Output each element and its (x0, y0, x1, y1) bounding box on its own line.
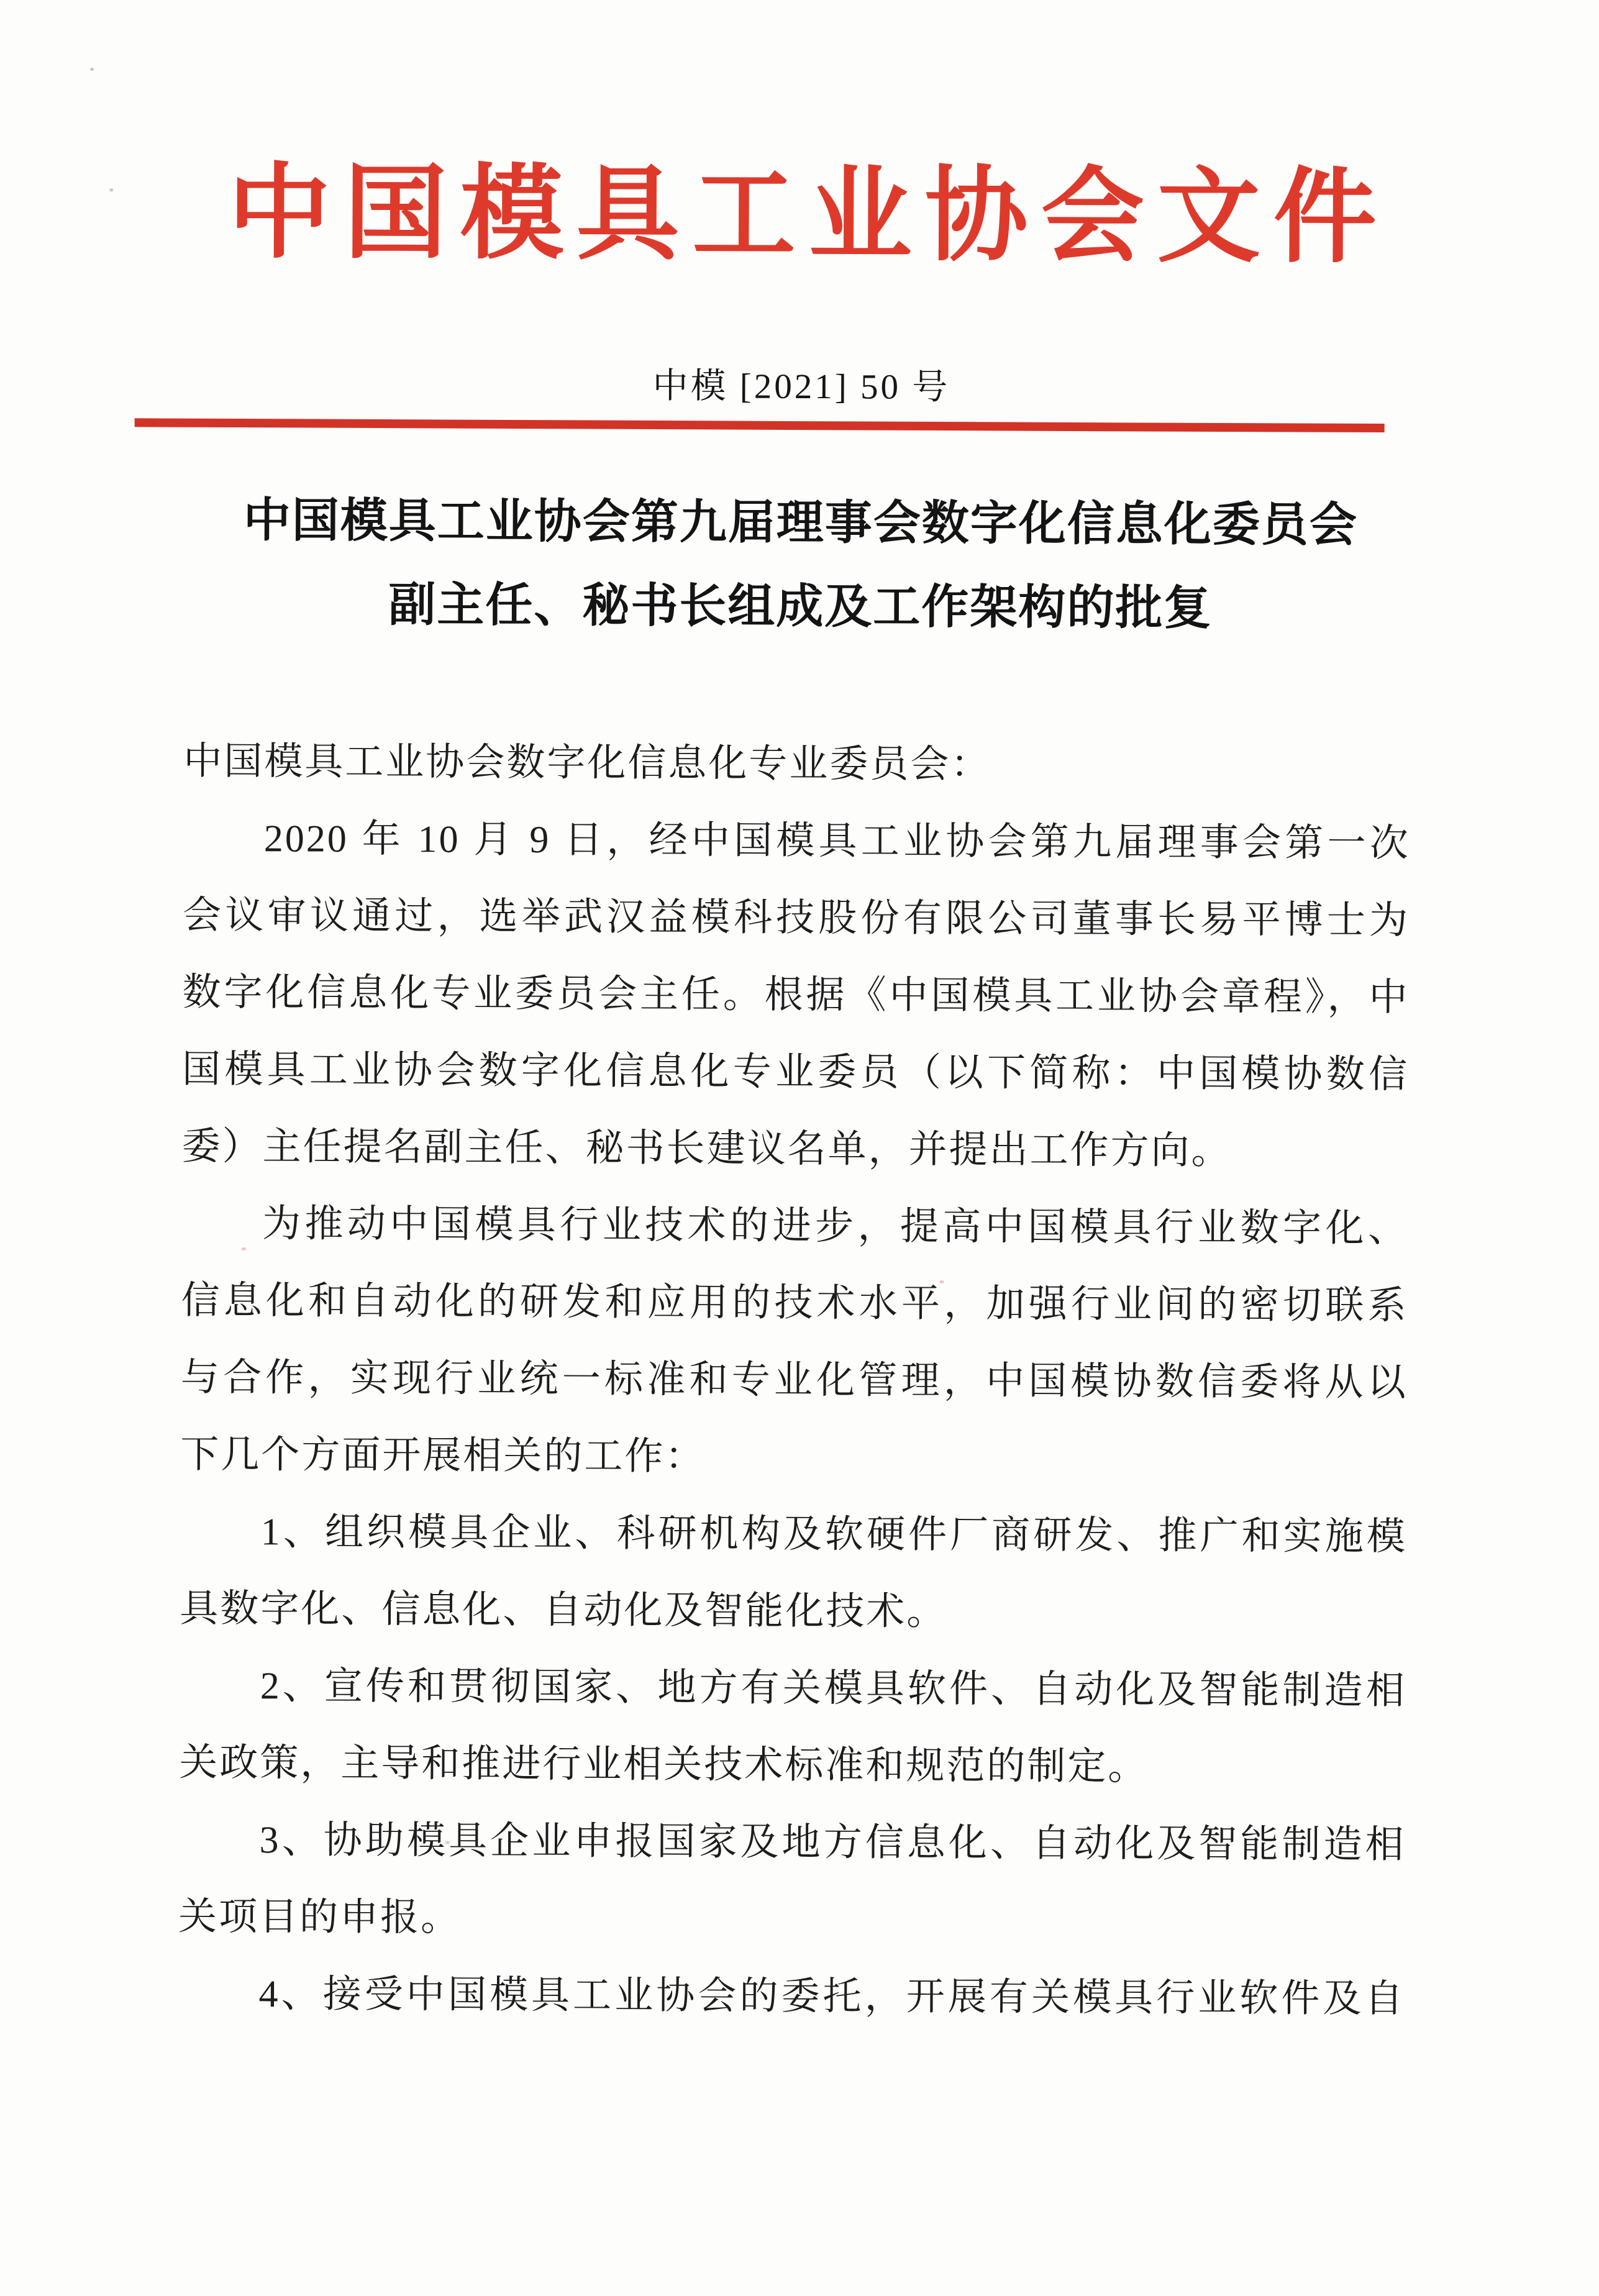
document-title-line-2: 副主任、秘书长组成及工作架构的批复 (1, 565, 1599, 639)
body-line: 3、协助模具企业申报国家及地方信息化、自动化及智能制造相 (178, 1802, 1406, 1884)
body-line: 为推动中国模具行业技术的进步，提高中国模具行业数字化、 (181, 1185, 1409, 1268)
body-line: 关政策，主导和推进行业相关技术标准和规范的制定。 (179, 1724, 1406, 1807)
body-line: 2、宣传和贯彻国家、地方有关模具软件、自动化及智能制造相 (180, 1647, 1407, 1730)
body-line: 与合作，实现行业统一标准和专业化管理，中国模协数信委将从以 (181, 1339, 1408, 1422)
body-line: 4、接受中国模具工业协会的委托，开展有关模具行业软件及自 (178, 1956, 1405, 2038)
body-line: 数字化信息化专业委员会主任。根据《中国模具工业协会章程》，中 (182, 954, 1410, 1037)
red-divider-line (135, 418, 1385, 432)
body-line: 下几个方面开展相关的工作： (180, 1416, 1408, 1499)
letterhead-title: 中国模具工业协会文件 (2, 153, 1599, 278)
document-number: 中模 [2021] 50 号 (2, 362, 1599, 412)
body-line: 信息化和自动化的研发和应用的技术水平，加强行业间的密切联系 (181, 1262, 1408, 1345)
body-line: 2020 年 10 月 9 日，经中国模具工业协会第九届理事会第一次 (183, 800, 1410, 883)
body-line: 关项目的申报。 (178, 1879, 1406, 1961)
body-line: 国模具工业协会数字化信息化专业委员（以下简称：中国模协数信 (182, 1031, 1410, 1114)
body-line: 1、组织模具企业、科研机构及软硬件厂商研发、推广和实施模 (180, 1493, 1408, 1576)
scan-speck (90, 68, 94, 71)
document-title-line-1: 中国模具工业协会第九届理事会数字化信息化委员会 (1, 481, 1599, 555)
body-line: 中国模具工业协会数字化信息化专业委员会： (183, 723, 1411, 806)
body-line: 委）主任提名副主任、秘书长建议名单，并提出工作方向。 (181, 1108, 1409, 1191)
body-line: 会议审议通过，选举武汉益模科技股份有限公司董事长易平博士为 (183, 877, 1410, 960)
body-line: 具数字化、信息化、自动化及智能化技术。 (180, 1570, 1407, 1653)
body-text: 中国模具工业协会数字化信息化专业委员会：2020 年 10 月 9 日，经中国模… (178, 723, 1410, 2038)
document-sheet: 中国模具工业协会文件 中模 [2021] 50 号 中国模具工业协会第九届理事会… (0, 0, 1599, 2296)
